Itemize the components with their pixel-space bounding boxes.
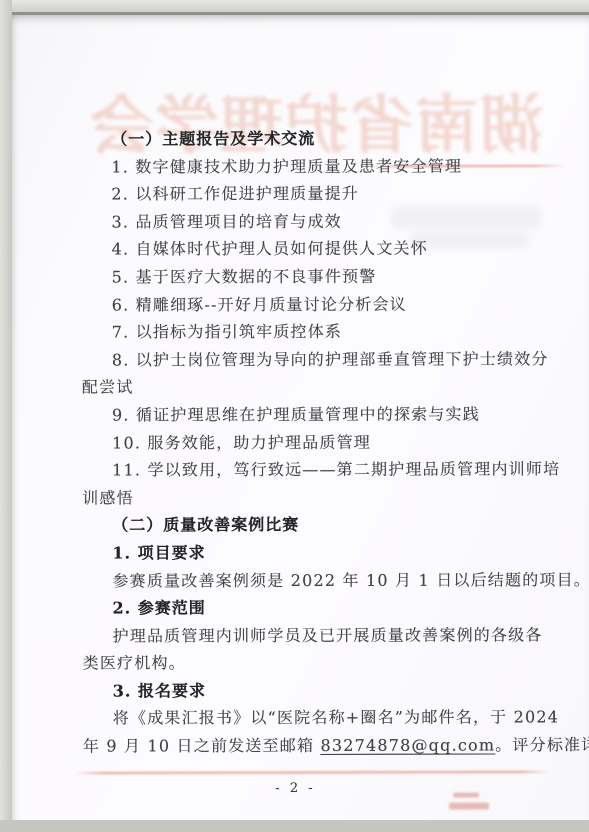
document-line: 10. 服务效能，助力护理品质管理 bbox=[82, 428, 548, 457]
bleedthrough-red-line-bottom bbox=[75, 770, 549, 774]
email-line-suffix: 。评分标准详见 bbox=[495, 735, 589, 754]
email-line: 年 9 月 10 日之前发送至邮箱 83274878@qq.com。评分标准详见 bbox=[83, 731, 549, 760]
document-line: 6. 精雕细琢--开好月质量讨论分析会议 bbox=[82, 290, 548, 319]
document-line: 2. 参赛范围 bbox=[82, 593, 548, 622]
document-line: 1. 数字健康技术助力护理质量及患者安全管理 bbox=[81, 152, 547, 181]
scanner-backdrop-bottom bbox=[0, 820, 589, 832]
red-ink-mark bbox=[453, 793, 479, 798]
document-line: 参赛质量改善案例须是 2022 年 10 月 1 日以后结题的项目。 bbox=[82, 566, 548, 595]
document-lines: （一）主题报告及学术交流1. 数字健康技术助力护理质量及患者安全管理2. 以科研… bbox=[81, 124, 549, 732]
document-line: （二）质量改善案例比赛 bbox=[82, 511, 548, 540]
document-line: 9. 循证护理思维在护理质量管理中的探索与实践 bbox=[82, 400, 548, 429]
document-line: 7. 以指标为指引筑牢质控体系 bbox=[82, 318, 548, 347]
email-line-prefix: 年 9 月 10 日之前发送至邮箱 bbox=[83, 736, 321, 756]
document-line: 1. 项目要求 bbox=[82, 538, 548, 567]
scanner-backdrop-top bbox=[0, 0, 589, 12]
document-line: 配尝试 bbox=[82, 373, 548, 402]
page-content: 湖南省护理学会 （一）主题报告及学术交流1. 数字健康技术助力护理质量及患者安全… bbox=[11, 14, 589, 824]
document-line: 3. 报名要求 bbox=[83, 676, 549, 705]
document-body: （一）主题报告及学术交流1. 数字健康技术助力护理质量及患者安全管理2. 以科研… bbox=[81, 124, 549, 760]
document-line: 3. 品质管理项目的培育与成效 bbox=[81, 207, 547, 236]
document-line: （一）主题报告及学术交流 bbox=[81, 124, 547, 153]
scanned-document-screenshot: { "colors": { "backdrop_gray": "#cdcdc9"… bbox=[0, 0, 589, 832]
scanned-page: 湖南省护理学会 （一）主题报告及学术交流1. 数字健康技术助力护理质量及患者安全… bbox=[12, 12, 589, 823]
email-address: 83274878@qq.com bbox=[320, 736, 495, 755]
document-line: 11. 学以致用，笃行致远——第二期护理品质管理内训师培 bbox=[82, 455, 548, 484]
document-line: 4. 自媒体时代护理人员如何提供人文关怀 bbox=[82, 235, 548, 264]
document-line: 护理品质管理内训师学员及已开展质量改善案例的各级各 bbox=[83, 621, 549, 650]
document-line: 训感悟 bbox=[82, 483, 548, 512]
document-line: 将《成果汇报书》以“医院名称+圈名”为邮件名，于 2024 bbox=[83, 704, 549, 733]
document-line: 2. 以科研工作促进护理质量提升 bbox=[81, 180, 547, 209]
document-line: 5. 基于医疗大数据的不良事件预警 bbox=[82, 262, 548, 291]
red-ink-mark bbox=[449, 803, 489, 810]
document-line: 8. 以护士岗位管理为导向的护理部垂直管理下护士绩效分 bbox=[82, 345, 548, 374]
page-number: - 2 - bbox=[13, 780, 578, 796]
scanner-backdrop-left bbox=[0, 0, 12, 832]
document-line: 类医疗机构。 bbox=[83, 649, 549, 678]
